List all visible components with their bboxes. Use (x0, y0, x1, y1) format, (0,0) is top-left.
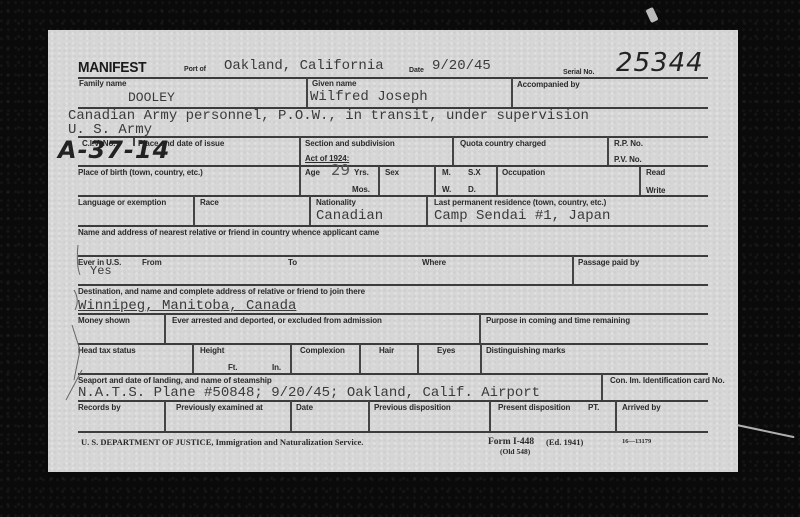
margin-pencil-marks (60, 240, 90, 410)
marital-d-label: D. (468, 185, 476, 194)
present-disposition-value: PT. (588, 403, 599, 412)
last-residence-value: Camp Sendai #1, Japan (434, 208, 610, 224)
pv-no-label: P.V. No. (614, 155, 642, 164)
identification-card-label: Con. Im. Identification card No. (610, 376, 725, 385)
date-examined-label: Date (296, 403, 313, 412)
hair-label: Hair (379, 346, 394, 355)
race-label: Race (200, 198, 219, 207)
marital-m-label: M. (442, 168, 451, 177)
serial-label: Serial No. (563, 69, 594, 76)
footer-old-form: (Old 548) (500, 447, 530, 456)
civ-no-value: A-37-14 (58, 136, 170, 164)
arrived-by-label: Arrived by (622, 403, 661, 412)
to-label: To (288, 258, 297, 267)
last-residence-label: Last permanent residence (town, country,… (434, 198, 606, 207)
nationality-value: Canadian (316, 208, 383, 224)
serial-value: 25344 (616, 48, 704, 78)
ever-arrested-label: Ever arrested and deported, or excluded … (172, 316, 382, 325)
date-value: 9/20/45 (432, 58, 491, 74)
age-value: 29 (331, 161, 350, 179)
footer-code: 16—13179 (622, 438, 651, 445)
yrs-label: Yrs. (354, 168, 369, 177)
previously-examined-label: Previously examined at (176, 403, 263, 412)
manifest-card: MANIFEST Port of Oakland, California Dat… (48, 30, 738, 472)
port-label: Port of (184, 66, 206, 73)
ever-in-us-value: Yes (90, 264, 112, 278)
section-subdivision-label: Section and subdivision (305, 139, 395, 148)
language-label: Language or exemption (78, 198, 166, 207)
read-label: Read (646, 168, 665, 177)
place-of-birth-label: Place of birth (town, country, etc.) (78, 168, 203, 177)
destination-label: Destination, and name and complete addre… (78, 287, 365, 296)
eyes-label: Eyes (437, 346, 455, 355)
given-name-value: Wilfred Joseph (310, 89, 428, 105)
date-label: Date (409, 67, 424, 74)
write-label: Write (646, 186, 665, 195)
age-label: Age (305, 168, 320, 177)
height-label: Height (200, 346, 224, 355)
purpose-label: Purpose in coming and time remaining (486, 316, 630, 325)
footer-edition: (Ed. 1941) (546, 437, 583, 447)
manifest-title: MANIFEST (78, 59, 146, 76)
present-disposition-label: Present disposition (498, 403, 570, 412)
complexion-label: Complexion (300, 346, 345, 355)
family-name-label: Family name (79, 79, 126, 88)
where-label: Where (422, 258, 446, 267)
divider (78, 77, 708, 79)
quota-country-label: Quota country charged (460, 139, 546, 148)
nationality-label: Nationality (316, 198, 356, 207)
marital-s-label: S.X (468, 168, 481, 177)
nearest-relative-label: Name and address of nearest relative or … (78, 228, 379, 237)
occupation-label: Occupation (502, 168, 545, 177)
destination-value: Winnipeg, Manitoba, Canada (78, 298, 296, 314)
footer-department: U. S. DEPARTMENT OF JUSTICE, Immigration… (81, 437, 363, 447)
height-ft-label: Ft. (228, 363, 237, 372)
marital-w-label: W. (442, 185, 451, 194)
family-name-value: DOOLEY (128, 90, 175, 105)
seaport-value: N.A.T.S. Plane #50848; 9/20/45; Oakland,… (78, 385, 540, 401)
port-value: Oakland, California (224, 58, 384, 74)
accompanied-by-label: Accompanied by (517, 80, 580, 89)
rp-no-label: R.P. No. (614, 139, 643, 148)
distinguishing-marks-label: Distinguishing marks (486, 346, 565, 355)
footer-form: Form I-448 (488, 437, 534, 447)
previous-disposition-label: Previous disposition (374, 403, 451, 412)
from-label: From (142, 258, 162, 267)
given-name-label: Given name (312, 79, 356, 88)
seaport-label: Seaport and date of landing, and name of… (78, 376, 272, 385)
mos-label: Mos. (352, 185, 370, 194)
sex-label: Sex (385, 168, 399, 177)
height-in-label: In. (272, 363, 281, 372)
passage-paid-label: Passage paid by (578, 258, 639, 267)
